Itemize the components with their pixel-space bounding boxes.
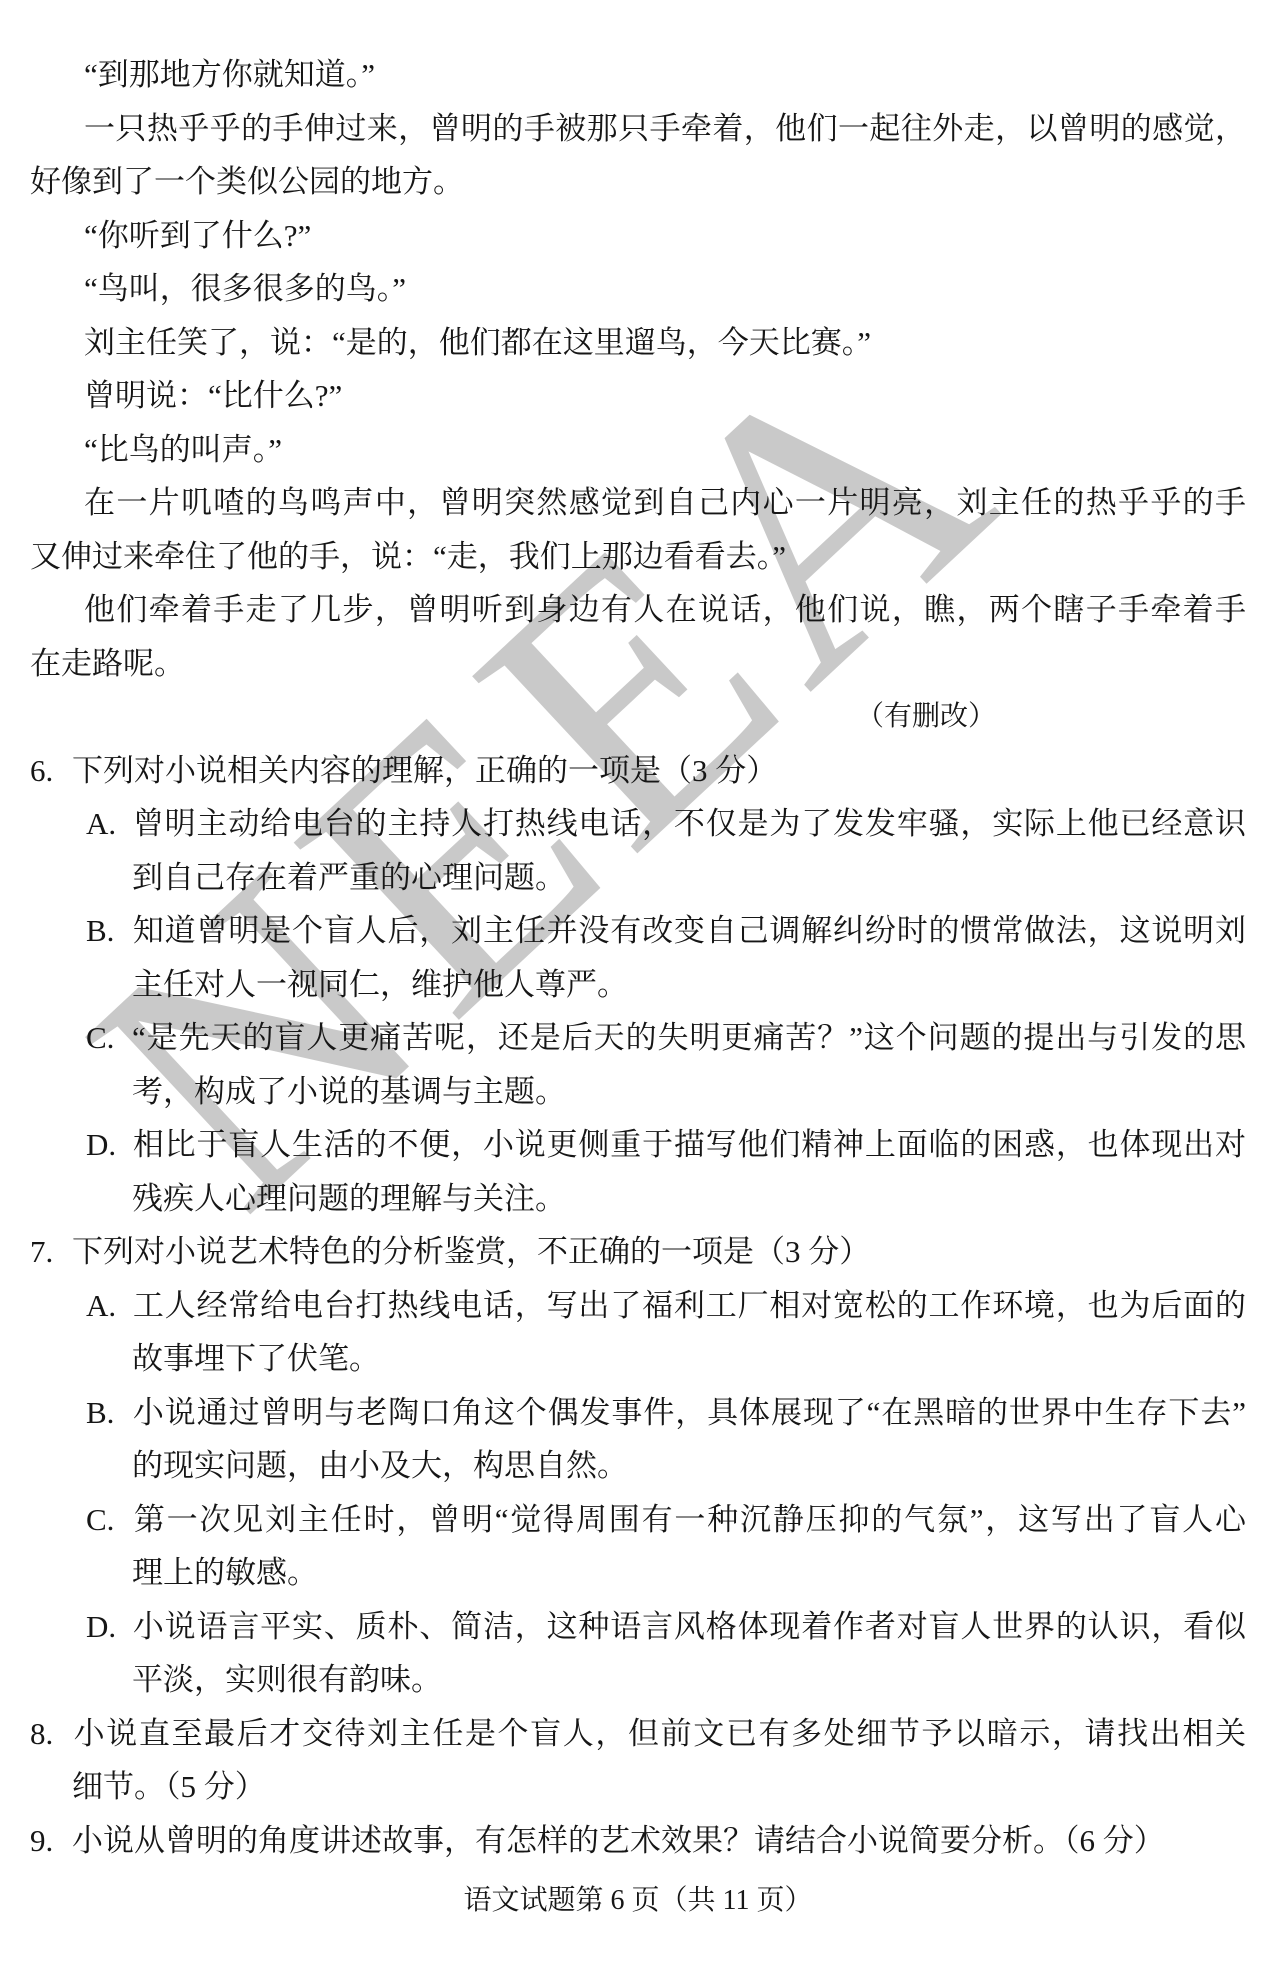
option-6d-line2: 残疾人心理问题的理解与关注。 (30, 1172, 1246, 1226)
option-7b-letter: B. (86, 1386, 132, 1440)
story-line-6: 刘主任笑了，说：“是的，他们都在这里遛鸟，今天比赛。” (30, 316, 1246, 370)
option-7a-line2: 故事埋下了伏笔。 (30, 1332, 1246, 1386)
story-line-1: “到那地方你就知道。” (30, 48, 1246, 102)
option-6b-letter: B. (86, 904, 132, 958)
option-7c-letter: C. (86, 1493, 132, 1547)
option-6a-line1: A.曾明主动给电台的主持人打热线电话，不仅是为了发发牢骚，实际上他已经意识 (30, 797, 1246, 851)
option-6c-line2: 考，构成了小说的基调与主题。 (30, 1065, 1246, 1119)
story-line-7: 曾明说：“比什么?” (30, 369, 1246, 423)
option-7a-letter: A. (86, 1279, 132, 1333)
story-line-11: 他们牵着手走了几步，曾明听到身边有人在说话，他们说，瞧，两个瞎子手牵着手 (30, 583, 1246, 637)
option-6c-letter: C. (86, 1011, 132, 1065)
question-8-line1: 8.小说直至最后才交待刘主任是个盲人，但前文已有多处细节予以暗示，请找出相关 (30, 1707, 1246, 1761)
option-7c-line2: 理上的敏感。 (30, 1546, 1246, 1600)
question-7-text: 下列对小说艺术特色的分析鉴赏，不正确的一项是（3 分） (72, 1234, 870, 1269)
option-7a-text: 工人经常给电台打热线电话，写出了福利工厂相对宽松的工作环境，也为后面的 (132, 1288, 1246, 1323)
option-7d-line2: 平淡，实则很有韵味。 (30, 1653, 1246, 1707)
option-7d-text: 小说语言平实、质朴、简洁，这种语言风格体现着作者对盲人世界的认识，看似 (132, 1609, 1246, 1644)
option-6c-text: “是先天的盲人更痛苦呢，还是后天的失明更痛苦？”这个问题的提出与引发的思 (132, 1020, 1246, 1055)
option-7c-line1: C.第一次见刘主任时，曾明“觉得周围有一种沉静压抑的气氛”，这写出了盲人心 (30, 1493, 1246, 1547)
option-6a-line2: 到自己存在着严重的心理问题。 (30, 851, 1246, 905)
story-line-9: 在一片叽喳的鸟鸣声中，曾明突然感觉到自己内心一片明亮，刘主任的热乎乎的手 (30, 476, 1246, 530)
option-6b-text: 知道曾明是个盲人后，刘主任并没有改变自己调解纠纷时的惯常做法，这说明刘 (132, 913, 1246, 948)
story-line-8: “比鸟的叫声。” (30, 423, 1246, 477)
question-8-number: 8. (30, 1707, 72, 1761)
story-line-3: 好像到了一个类似公园的地方。 (30, 155, 1246, 209)
exam-page: “到那地方你就知道。” 一只热乎乎的手伸过来，曾明的手被那只手牵着，他们一起往外… (0, 0, 1280, 1921)
question-6-text: 下列对小说相关内容的理解，正确的一项是（3 分） (72, 753, 777, 788)
question-6-number: 6. (30, 744, 72, 798)
option-7a-line1: A.工人经常给电台打热线电话，写出了福利工厂相对宽松的工作环境，也为后面的 (30, 1279, 1246, 1333)
story-line-12: 在走路呢。 (30, 637, 1246, 691)
option-6d-line1: D.相比于盲人生活的不便，小说更侧重于描写他们精神上面临的困惑，也体现出对 (30, 1118, 1246, 1172)
option-7b-line2: 的现实问题，由小及大，构思自然。 (30, 1439, 1246, 1493)
question-7-number: 7. (30, 1225, 72, 1279)
story-line-5: “鸟叫，很多很多的鸟。” (30, 262, 1246, 316)
question-9-number: 9. (30, 1814, 72, 1868)
story-line-2: 一只热乎乎的手伸过来，曾明的手被那只手牵着，他们一起往外走，以曾明的感觉， (30, 102, 1246, 156)
story-line-4: “你听到了什么?” (30, 209, 1246, 263)
option-6c-line1: C.“是先天的盲人更痛苦呢，还是后天的失明更痛苦？”这个问题的提出与引发的思 (30, 1011, 1246, 1065)
story-line-10: 又伸过来牵住了他的手，说：“走，我们上那边看看去。” (30, 530, 1246, 584)
option-7d-line1: D.小说语言平实、质朴、简洁，这种语言风格体现着作者对盲人世界的认识，看似 (30, 1600, 1246, 1654)
option-6a-letter: A. (86, 797, 132, 851)
question-8-line2: 细节。（5 分） (30, 1760, 1246, 1814)
option-6d-text: 相比于盲人生活的不便，小说更侧重于描写他们精神上面临的困惑，也体现出对 (132, 1127, 1246, 1162)
source-note: （有删改） (30, 690, 1246, 744)
question-6: 6.下列对小说相关内容的理解，正确的一项是（3 分） (30, 744, 1246, 798)
option-7b-line1: B.小说通过曾明与老陶口角这个偶发事件，具体展现了“在黑暗的世界中生存下去” (30, 1386, 1246, 1440)
option-6b-line1: B.知道曾明是个盲人后，刘主任并没有改变自己调解纠纷时的惯常做法，这说明刘 (30, 904, 1246, 958)
question-8-text: 小说直至最后才交待刘主任是个盲人，但前文已有多处细节予以暗示，请找出相关 (72, 1716, 1246, 1751)
option-6b-line2: 主任对人一视同仁，维护他人尊严。 (30, 958, 1246, 1012)
question-9-text: 小说从曾明的角度讲述故事，有怎样的艺术效果？请结合小说简要分析。（6 分） (72, 1823, 1165, 1858)
option-6d-letter: D. (86, 1118, 132, 1172)
question-7: 7.下列对小说艺术特色的分析鉴赏，不正确的一项是（3 分） (30, 1225, 1246, 1279)
page-footer: 语文试题第 6 页（共 11 页） (30, 1881, 1246, 1921)
option-7b-text: 小说通过曾明与老陶口角这个偶发事件，具体展现了“在黑暗的世界中生存下去” (132, 1395, 1246, 1430)
option-7c-text: 第一次见刘主任时，曾明“觉得周围有一种沉静压抑的气氛”，这写出了盲人心 (132, 1502, 1246, 1537)
question-9: 9.小说从曾明的角度讲述故事，有怎样的艺术效果？请结合小说简要分析。（6 分） (30, 1814, 1246, 1868)
option-7d-letter: D. (86, 1600, 132, 1654)
option-6a-text: 曾明主动给电台的主持人打热线电话，不仅是为了发发牢骚，实际上他已经意识 (132, 806, 1246, 841)
